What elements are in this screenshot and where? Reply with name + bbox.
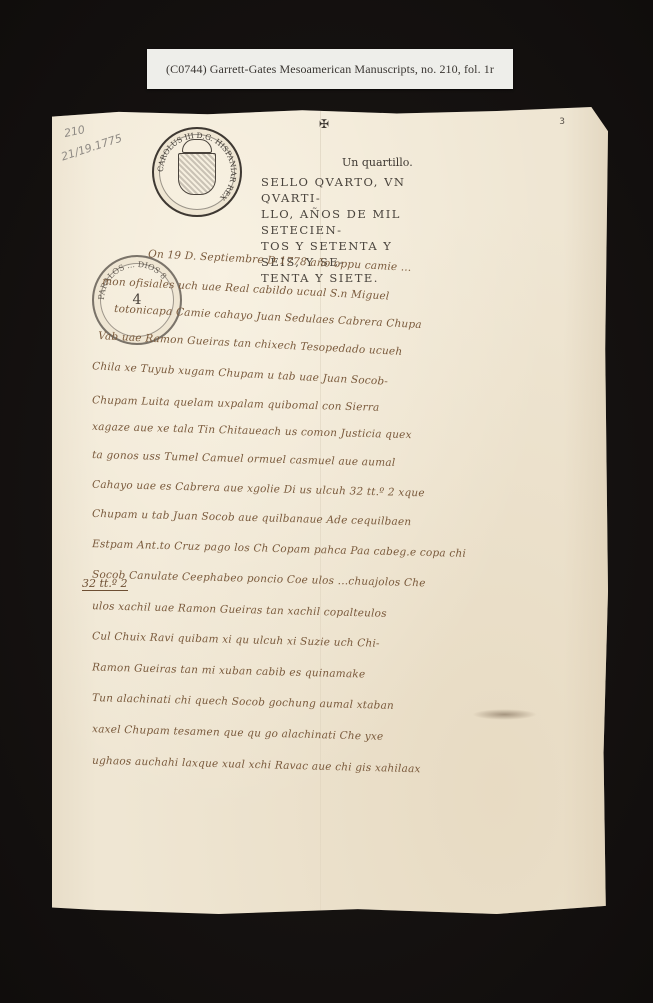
cross-mark-icon: ✠ [319,117,329,132]
catalog-caption: (C0744) Garrett-Gates Mesoamerican Manus… [166,62,494,77]
stamp-line: SELLO QVARTO, VN QVARTI- [261,174,431,206]
manuscript-page: 210 21/19.1775 ✠ 3 CAROLUS III D.G. HISP… [52,107,608,914]
handwritten-line: Cahayo uae es Cabrera aue xgolie Di us u… [92,479,425,500]
ink-smudge [472,709,537,720]
svg-text:CAROLUS III D.G. HISPANIAR REX: CAROLUS III D.G. HISPANIAR REX [156,131,238,203]
folio-number: 3 [559,117,565,127]
catalog-caption-card: (C0744) Garrett-Gates Mesoamerican Manus… [147,49,513,89]
royal-seal-legend: CAROLUS III D.G. HISPANIAR REX [154,129,240,215]
handwritten-line: Estpam Ant.to Cruz pago los Ch Copam pah… [92,538,466,560]
handwritten-line: Chupam Luita quelam uxpalam quibomal con… [92,394,380,414]
handwritten-line: Tun alachinati chi quech Socob gochung a… [92,692,394,712]
handwritten-line: ulos xachil uae Ramon Gueiras tan xachil… [92,600,387,620]
pencil-note-number: 210 [63,123,86,140]
handwritten-line: Chila xe Tuyub xugam Chupam u tab uae Ju… [92,360,388,387]
handwritten-line: Socob Canulate Ceephabeo poncio Coe ulos… [92,569,426,590]
royal-seal-icon: CAROLUS III D.G. HISPANIAR REX [152,127,242,217]
stamp-denomination: Un quartillo. [342,156,413,169]
handwritten-line: ta gonos uss Tumel Camuel ormuel casmuel… [92,449,396,469]
handwritten-line: Cul Chuix Ravi quibam xi qu ulcuh xi Suz… [92,630,380,650]
stamp-line: LLO, AÑOS DE MIL SETECIEN- [261,206,431,238]
handwritten-line: Vab uae Ramon Gueiras tan chixech Tesope… [98,330,403,358]
handwritten-line: xaxel Chupam tesamen que qu go alachinat… [92,723,384,743]
handwritten-line: Chupam u tab Juan Socob aue quilbanaue A… [92,508,412,528]
handwritten-line: Ramon Gueiras tan mi xuban cabib es quin… [92,661,366,680]
handwritten-line: xagaze aue xe tala Tin Chitaueach us com… [92,421,412,441]
handwritten-line: ughaos auchahi laxque xual xchi Ravac au… [92,755,421,776]
